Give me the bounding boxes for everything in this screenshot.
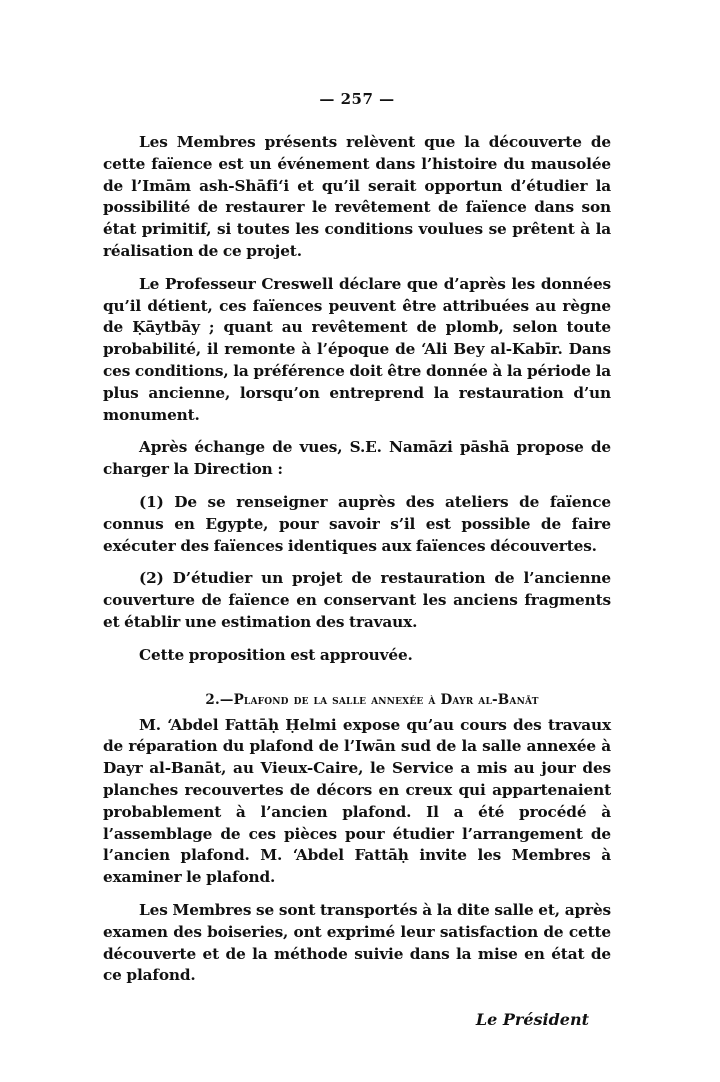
paragraph-proposal-item-1: (1) De se renseigner auprès des ateliers… <box>103 492 611 557</box>
paragraph-creswell-statement: Le Professeur Creswell déclare que d’apr… <box>103 274 611 427</box>
paragraph-namazi-proposal: Après échange de vues, S.E. Namāzi pāshā… <box>103 437 611 481</box>
page-number: — 257 — <box>103 88 611 110</box>
paragraph-helmi-report: M. ‘Abdel Fattāḥ Ḥelmi expose qu’au cour… <box>103 715 611 889</box>
paragraph-proposal-item-2: (2) D’étudier un projet de restauration … <box>103 568 611 633</box>
section-heading: 2.—Plafond de la salle annexée à Dayr al… <box>103 689 611 711</box>
paragraph-members-visit: Les Membres se sont transportés à la dit… <box>103 900 611 987</box>
paragraph-members-discovery: Les Membres présents relèvent que la déc… <box>103 132 611 263</box>
signature: Le Président <box>103 1009 611 1031</box>
paragraph-proposal-approved: Cette proposition est approuvée. <box>103 645 611 667</box>
document-page: — 257 — Les Membres présents relèvent qu… <box>103 88 611 1031</box>
